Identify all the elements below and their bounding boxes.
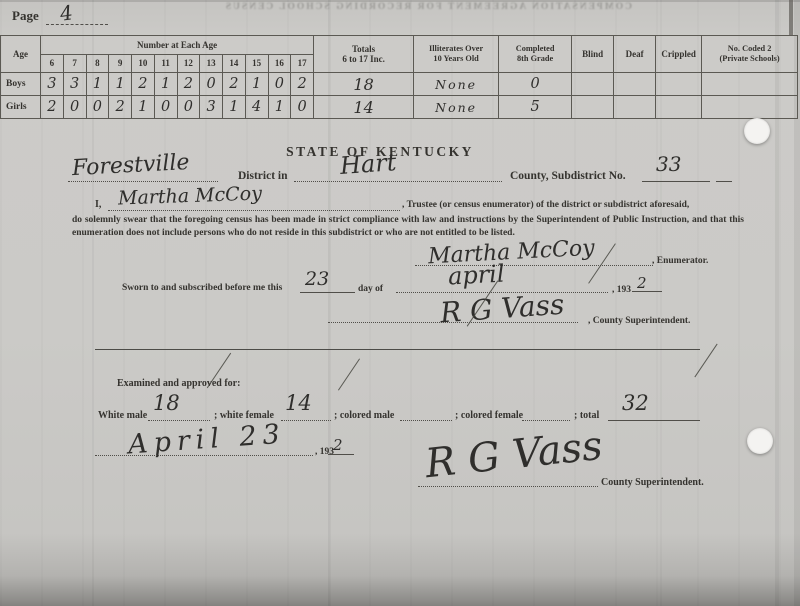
check-slash — [338, 358, 360, 390]
crippled-header: Crippled — [656, 36, 702, 73]
age-11-header: 11 — [154, 55, 177, 73]
total-line — [608, 420, 700, 421]
white-male-value: 18 — [153, 391, 180, 415]
approval-signature: R G Vass — [423, 423, 604, 487]
girls-age-count: 3 — [200, 96, 223, 119]
colored-male-line — [400, 420, 452, 421]
age-summary-table: Age Number at Each Age Totals 6 to 17 In… — [0, 35, 798, 119]
illiterates-header: Illiterates Over 10 Years Old — [414, 36, 499, 73]
sworn-day-handwritten: 23 — [305, 268, 329, 290]
age-8-header: 8 — [86, 55, 109, 73]
approval-year-digit: 2 — [333, 436, 343, 454]
district-in-label: District in — [238, 170, 288, 182]
age-9-header: 9 — [109, 55, 132, 73]
county-fill-line — [294, 181, 502, 182]
boys-row: Boys 3 3 1 1 2 1 2 0 2 1 0 2 18 None 0 — [1, 73, 798, 96]
boys-illiterates: None — [414, 73, 499, 96]
sworn-month-handwritten: april — [447, 260, 505, 291]
age-13-header: 13 — [200, 55, 223, 73]
boys-age-count: 0 — [268, 73, 291, 96]
enumerator-caption: , Enumerator. — [652, 256, 708, 266]
girls-age-count: 2 — [41, 96, 64, 119]
sworn-day-line — [300, 292, 355, 293]
enumerator-name-handwritten: Martha McCoy — [118, 182, 263, 209]
year-digit-handwritten: 2 — [637, 274, 647, 292]
white-male-line — [148, 420, 210, 421]
age-16-header: 16 — [268, 55, 291, 73]
age-7-header: 7 — [63, 55, 86, 73]
sworn-text: Sworn to and subscribed before me this — [122, 283, 282, 293]
girls-age-count: 0 — [177, 96, 200, 119]
oath-paragraph: do solemnly swear that the foregoing cen… — [72, 214, 744, 240]
boys-row-label: Boys — [1, 73, 41, 96]
subdistrict-label: County, Subdistrict No. — [510, 170, 626, 182]
boys-age-count: 3 — [41, 73, 64, 96]
census-form-page: COMPENSATION AGREEMENT FOR RECORDING SCH… — [0, 0, 800, 606]
girls-age-count: 0 — [154, 96, 177, 119]
approval-date-line — [95, 455, 313, 456]
age-column-header: Age — [1, 36, 41, 73]
district-name-handwritten: Forestville — [71, 150, 190, 181]
boys-age-count: 1 — [86, 73, 109, 96]
girls-completed-8th: 5 — [499, 96, 572, 119]
total-label: ; total — [574, 410, 599, 421]
colored-male-label: ; colored male — [334, 410, 394, 421]
hole-punch — [747, 428, 773, 454]
boys-coded-cell — [702, 73, 798, 96]
subdistrict-fill-line-2 — [716, 181, 732, 182]
page-label: Page — [12, 8, 39, 24]
i-label: I, — [95, 199, 101, 210]
superintendent-caption: , County Superintendent. — [588, 316, 690, 326]
girls-deaf-cell — [614, 96, 656, 119]
age-17-header: 17 — [291, 55, 314, 73]
white-female-value: 14 — [285, 391, 312, 415]
day-of-label: day of — [358, 284, 383, 294]
boys-age-count: 1 — [109, 73, 132, 96]
table-double-rule — [0, 118, 797, 119]
completed-8th-grade-header: Completed 8th Grade — [499, 36, 572, 73]
approval-superintendent-caption: County Superintendent. — [601, 477, 704, 488]
girls-blind-cell — [572, 96, 614, 119]
girls-age-count: 2 — [109, 96, 132, 119]
boys-crippled-cell — [656, 73, 702, 96]
age-15-header: 15 — [245, 55, 268, 73]
age-12-header: 12 — [177, 55, 200, 73]
boys-age-count: 1 — [154, 73, 177, 96]
no-coded-header: No. Coded 2 (Private Schools) — [702, 36, 798, 73]
superintendent-signature-line — [328, 322, 578, 323]
boys-age-count: 2 — [177, 73, 200, 96]
county-name-handwritten: Hart — [339, 148, 397, 180]
page-number-line — [46, 24, 108, 25]
girls-age-count: 0 — [291, 96, 314, 119]
age-6-header: 6 — [41, 55, 64, 73]
subdistrict-fill-line — [642, 181, 710, 182]
girls-total: 14 — [314, 96, 414, 119]
white-female-line — [281, 420, 331, 421]
approval-year-printed: , 193 — [315, 447, 334, 457]
total-value: 32 — [622, 391, 649, 415]
year-fill-line — [632, 291, 662, 292]
district-fill-line — [68, 181, 218, 182]
colored-female-line — [522, 420, 570, 421]
boys-age-count: 2 — [132, 73, 155, 96]
boys-total: 18 — [314, 73, 414, 96]
subdistrict-number-handwritten: 33 — [656, 152, 681, 176]
enumerator-name-fill-line — [108, 210, 400, 211]
superintendent-signature: R G Vass — [439, 288, 565, 330]
girls-row-label: Girls — [1, 96, 41, 119]
boys-age-count: 1 — [245, 73, 268, 96]
approval-year-line — [328, 454, 354, 455]
girls-row: Girls 2 0 0 2 1 0 0 3 1 4 1 0 14 None 5 — [1, 96, 798, 119]
girls-age-count: 1 — [268, 96, 291, 119]
boys-age-count: 2 — [291, 73, 314, 96]
boys-deaf-cell — [614, 73, 656, 96]
section-divider — [95, 349, 700, 350]
girls-age-count: 0 — [86, 96, 109, 119]
age-10-header: 10 — [132, 55, 155, 73]
examined-approved-label: Examined and approved for: — [117, 378, 240, 389]
boys-age-count: 3 — [63, 73, 86, 96]
white-male-label: White male — [98, 410, 147, 421]
age-14-header: 14 — [223, 55, 246, 73]
scan-edge-mark — [789, 0, 793, 36]
girls-age-count: 1 — [223, 96, 246, 119]
deaf-header: Deaf — [614, 36, 656, 73]
blind-header: Blind — [572, 36, 614, 73]
trustee-suffix-text: , Trustee (or census enumerator) of the … — [402, 200, 689, 210]
number-at-each-age-header: Number at Each Age — [41, 36, 314, 55]
bleed-through-text: COMPENSATION AGREEMENT FOR RECORDING SCH… — [330, 2, 632, 12]
boys-completed-8th: 0 — [499, 73, 572, 96]
totals-header: Totals 6 to 17 Inc. — [314, 36, 414, 73]
page-number-handwritten: 4 — [58, 0, 74, 26]
year-printed: , 193 — [612, 285, 631, 295]
girls-illiterates: None — [414, 96, 499, 119]
girls-age-count: 1 — [132, 96, 155, 119]
hole-punch — [744, 118, 770, 144]
boys-blind-cell — [572, 73, 614, 96]
girls-age-count: 4 — [245, 96, 268, 119]
girls-crippled-cell — [656, 96, 702, 119]
girls-coded-cell — [702, 96, 798, 119]
colored-female-label: ; colored female — [455, 410, 523, 421]
boys-age-count: 2 — [223, 73, 246, 96]
girls-age-count: 0 — [63, 96, 86, 119]
approval-signature-line — [418, 486, 598, 487]
boys-age-count: 0 — [200, 73, 223, 96]
